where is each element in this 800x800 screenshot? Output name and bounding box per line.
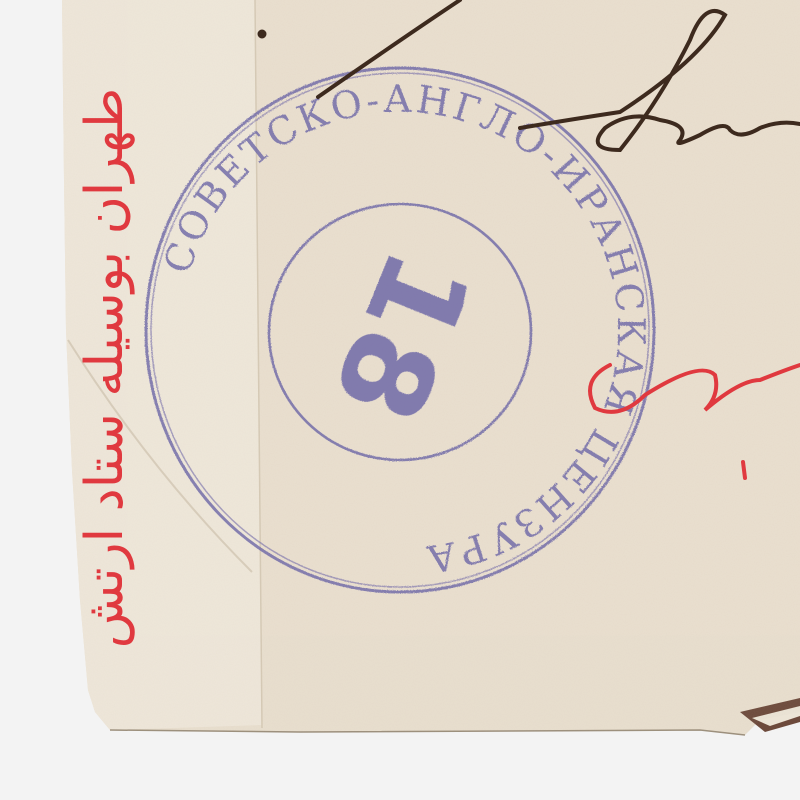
envelope-photo: СОВЕТСКО-АНГЛО-ИРАНСКАЯ ЦЕНЗУРА 18 طهران… bbox=[0, 0, 800, 800]
envelope-illustration: СОВЕТСКО-АНГЛО-ИРАНСКАЯ ЦЕНЗУРА 18 طهران… bbox=[0, 0, 800, 800]
persian-margin-text: طهران بوسیله ستاد ارتش bbox=[75, 88, 135, 649]
svg-text:طهران بوسیله ستاد ارتش: طهران بوسیله ستاد ارتش bbox=[75, 88, 135, 649]
